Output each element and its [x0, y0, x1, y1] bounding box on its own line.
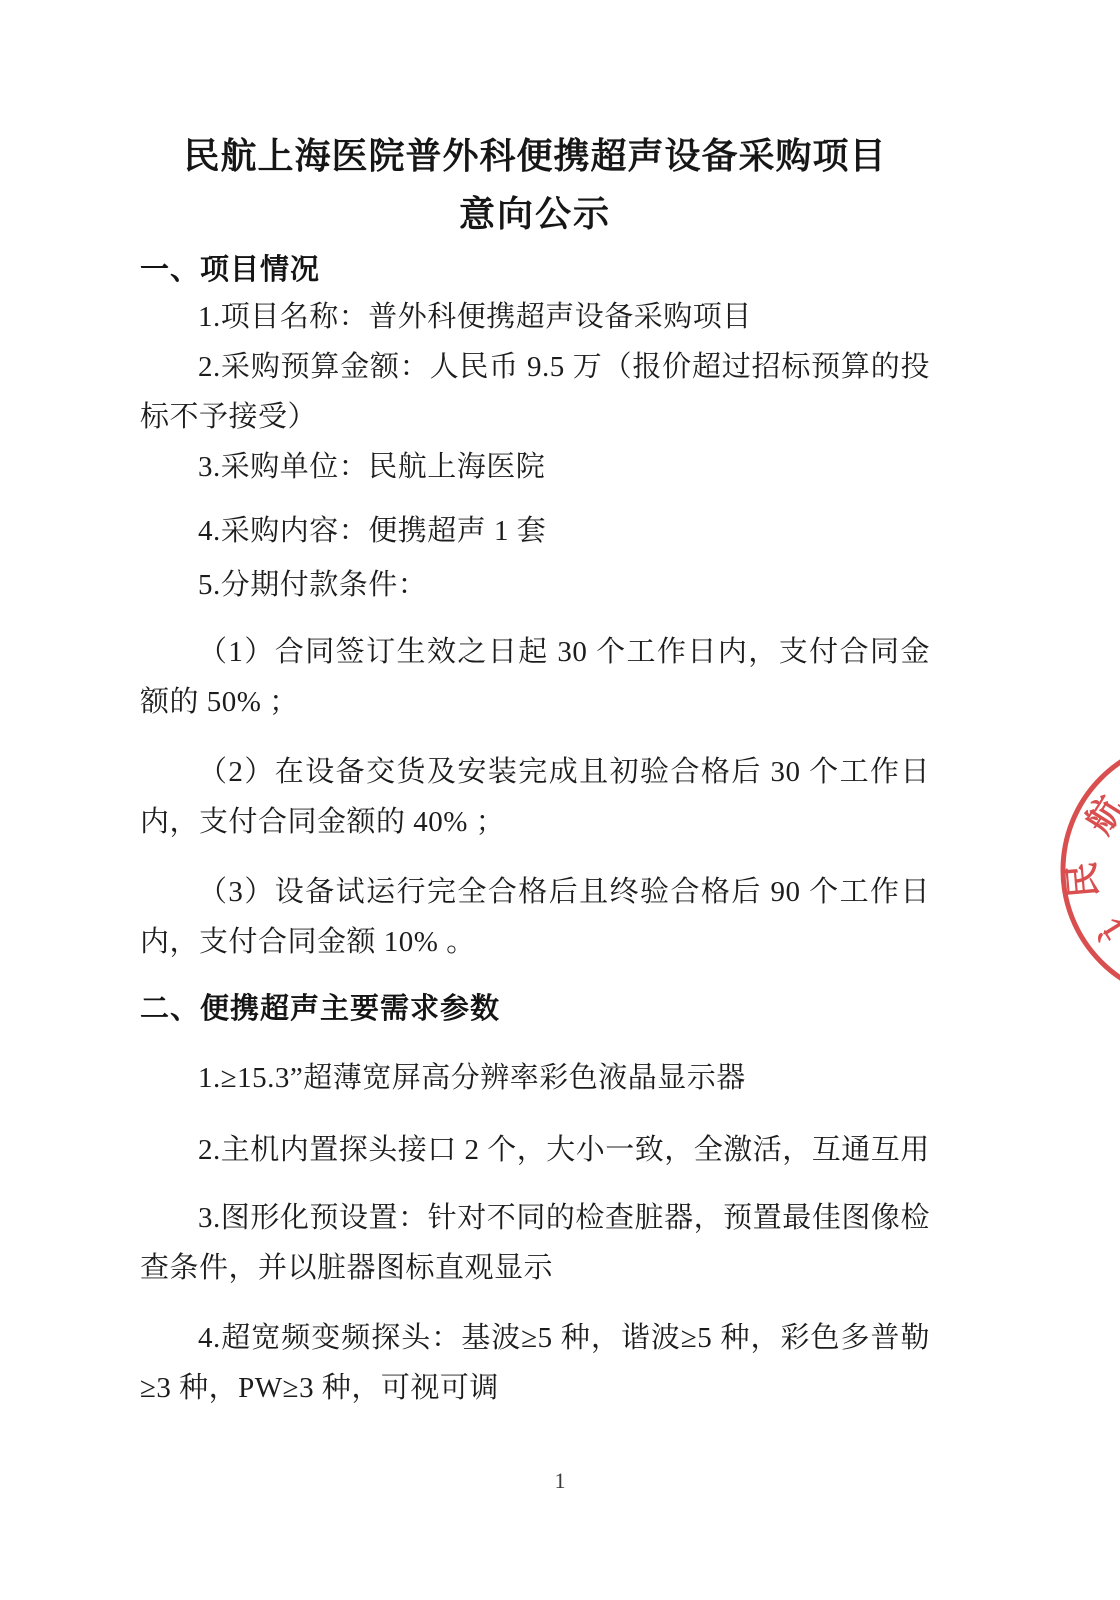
section1-item-project-name: 1.项目名称：普外科便携超声设备采购项目	[140, 292, 930, 342]
section-1-heading: 一、项目情况	[140, 248, 930, 292]
section1-item-purchaser: 3.采购单位：民航上海医院	[140, 442, 930, 492]
section2-param-probe-ports: 2.主机内置探头接口 2 个，大小一致，全激活，互通互用	[140, 1125, 930, 1175]
stamp-char-partial: 讠	[1081, 896, 1120, 948]
section2-param-presets: 3.图形化预设置：针对不同的检查脏器，预置最佳图像检查条件，并以脏器图标直观显示	[140, 1193, 930, 1293]
document-subtitle: 意向公示	[140, 188, 930, 240]
section-2-heading: 二、便携超声主要需求参数	[140, 987, 930, 1031]
document-title: 民航上海医院普外科便携超声设备采购项目	[140, 130, 930, 182]
payment-term-3: （3）设备试运行完全合格后且终验合格后 90 个工作日内，支付合同金额 10% …	[140, 867, 930, 967]
section1-item-payment-terms: 5.分期付款条件：	[140, 560, 930, 610]
section2-param-display: 1.≥15.3”超薄宽屏高分辨率彩色液晶显示器	[140, 1053, 930, 1103]
payment-term-1: （1）合同签订生效之日起 30 个工作日内，支付合同金额的 50% ；	[140, 627, 930, 727]
red-seal-stamp: 航 民 讠	[1020, 720, 1120, 1040]
payment-term-2: （2）在设备交货及安装完成且初验合格后 30 个工作日内，支付合同金额的 40%…	[140, 747, 930, 847]
document-page: 民航上海医院普外科便携超声设备采购项目 意向公示 一、项目情况 1.项目名称：普…	[0, 0, 1120, 1600]
document-title-block: 民航上海医院普外科便携超声设备采购项目 意向公示	[140, 130, 930, 240]
section1-item-content: 4.采购内容：便携超声 1 套	[140, 506, 930, 556]
section1-item-budget: 2.采购预算金额：人民币 9.5 万（报价超过招标预算的投标不予接受）	[140, 342, 930, 442]
section2-param-probe-freq: 4.超宽频变频探头：基波≥5 种，谐波≥5 种，彩色多普勒≥3 种，PW≥3 种…	[140, 1313, 930, 1413]
page-number: 1	[0, 1468, 1120, 1494]
stamp-char-min: 民	[1062, 860, 1105, 899]
